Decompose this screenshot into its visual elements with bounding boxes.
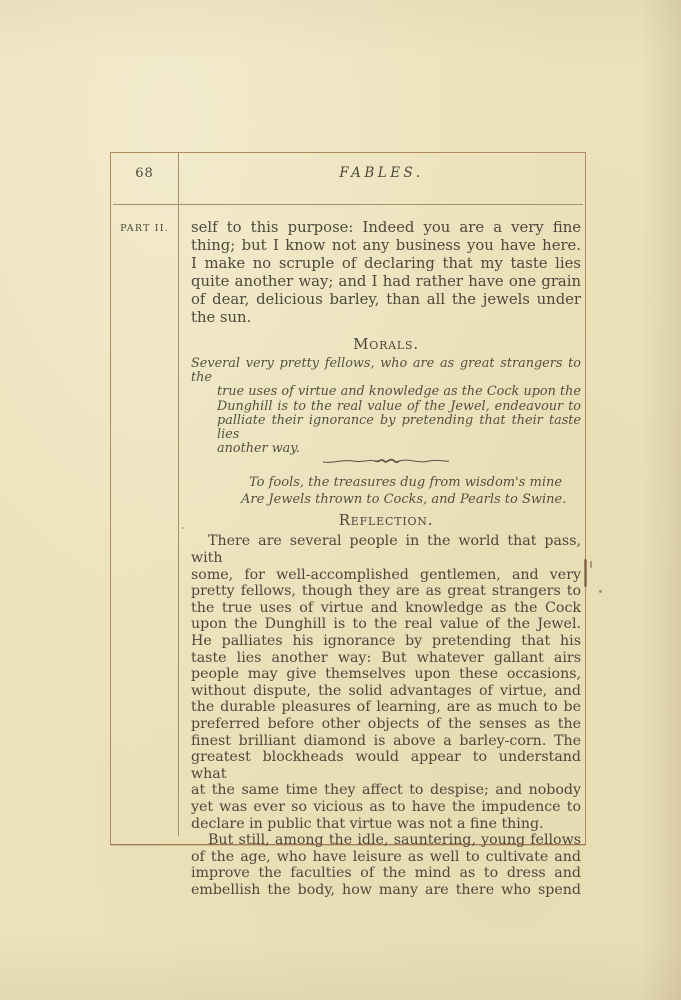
morals-paragraph: Several very pretty fellows, who are as … [191,357,581,456]
reflection-heading: Reflection. [191,511,581,529]
text-line: Dunghill is to the real value of the Jew… [217,400,581,414]
margin-divider-rule [178,153,179,836]
page-frame: 68 FABLES. PART II. self to this purpose… [110,152,586,845]
text-line: without dispute, the solid advantages of… [191,683,581,700]
text-line: true uses of virtue and knowledge as the… [217,385,581,399]
text-line: of dear, delicious barley, than all the … [191,291,581,309]
text-line: greatest blockheads would appear to unde… [191,749,581,782]
flourish-divider-icon [191,456,581,466]
morals-heading: Morals. [191,335,581,353]
text-line: improve the faculties of the mind as to … [191,865,581,882]
text-line: yet was ever so vicious as to have the i… [191,799,581,816]
text-line: taste lies another way: But whatever gal… [191,650,581,667]
text-line: some, for well-accomplished gentlemen, a… [191,567,581,584]
page-number: 68 [111,166,178,181]
text-line: the true uses of virtue and knowledge as… [191,600,581,617]
ink-blot [584,559,587,587]
text-line: Are Jewels thrown to Cocks, and Pearls t… [241,491,581,508]
text-line: palliate their ignorance by pretending t… [217,414,581,442]
text-line: pretty fellows, though they are as great… [191,583,581,600]
text-line: quite another way; and I had rather have… [191,273,581,291]
text-line: But still, among the idle, sauntering, y… [191,832,581,849]
text-line: finest brilliant diamond is above a barl… [191,733,581,750]
text-line: I make no scruple of declaring that my t… [191,255,581,273]
reflection-paragraph-2: But still, among the idle, sauntering, y… [191,832,581,898]
text-line: He palliates his ignorance by pretending… [191,633,581,650]
text-line: the durable pleasures of learning, are a… [191,699,581,716]
text-line: another way. [217,442,581,456]
text-line: There are several people in the world th… [191,533,581,566]
text-line: the sun. [191,309,581,327]
text-line: of the age, who have leisure as well to … [191,849,581,866]
text-line: To fools, the treasures dug from wisdom'… [249,474,581,491]
reflection-paragraph-1: There are several people in the world th… [191,533,581,832]
text-column: self to this purpose: Indeed you are a v… [191,153,581,898]
text-line: thing; but I know not any business you h… [191,237,581,255]
opening-paragraph: self to this purpose: Indeed you are a v… [191,219,581,327]
text-line: self to this purpose: Indeed you are a v… [191,219,581,237]
scan-speck [590,561,592,568]
text-line: people may give themselves upon these oc… [191,666,581,683]
text-line: declare in public that virtue was not a … [191,816,581,833]
scan-speck [182,527,184,529]
text-line: embellish the body, how many are there w… [191,882,581,899]
text-line: Several very pretty fellows, who are as … [191,357,581,385]
scan-speck [599,590,602,593]
text-line: upon the Dunghill is to the real value o… [191,616,581,633]
verse-couplet: To fools, the treasures dug from wisdom'… [191,474,581,508]
text-line: at the same time they affect to despise;… [191,782,581,799]
part-label: PART II. [111,223,178,234]
text-line: preferred before other objects of the se… [191,716,581,733]
